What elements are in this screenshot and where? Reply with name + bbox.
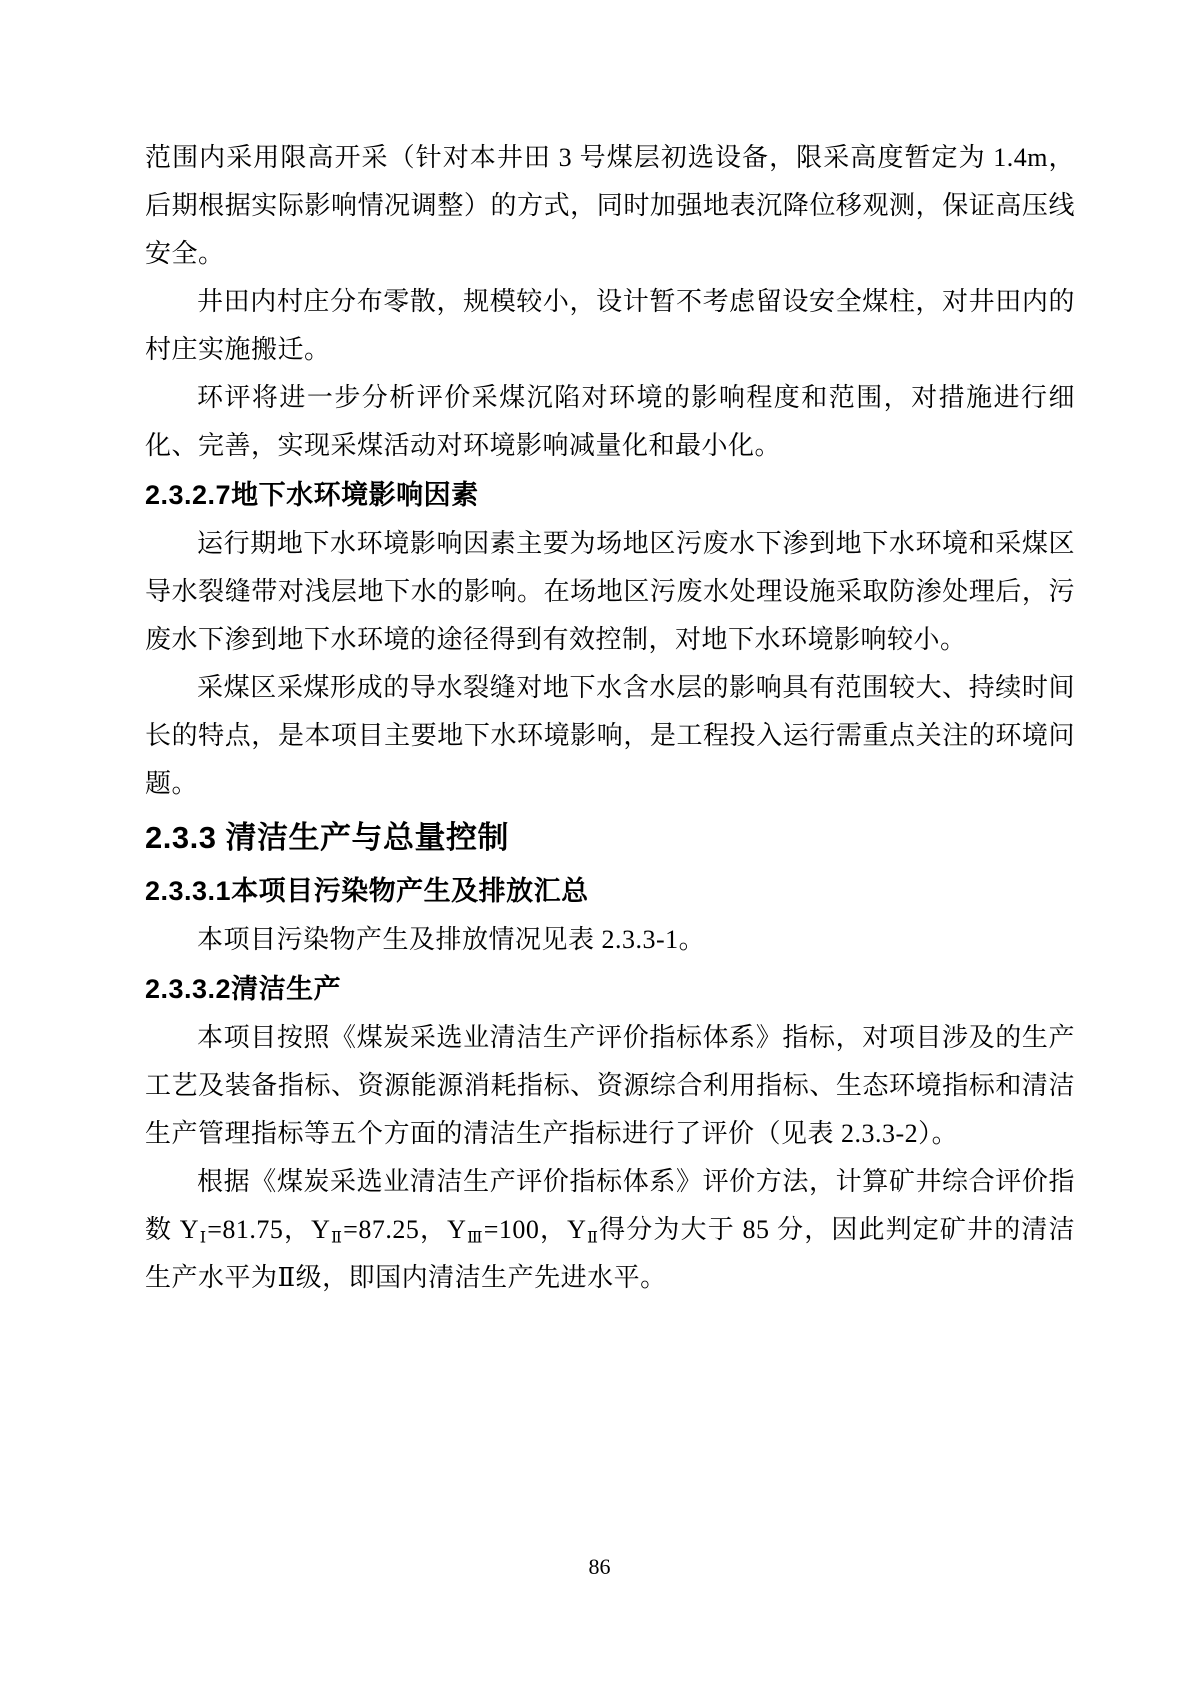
subscript-roman-two: Ⅱ (586, 1230, 599, 1247)
result-segment: =100，Y (484, 1215, 587, 1244)
heading-2-3-3-2-cleaner-production: 2.3.3.2清洁生产 (145, 964, 1075, 1014)
paragraph-water-conducting-fracture: 采煤区采煤形成的导水裂缝对地下水含水层的影响具有范围较大、持续时间长的特点，是本… (145, 664, 1075, 808)
paragraph-evaluation-result: 根据《煤炭采选业清洁生产评价指标体系》评价方法，计算矿井综合评价指数 YⅠ=81… (145, 1158, 1075, 1302)
paragraph-cleaner-production-evaluation: 本项目按照《煤炭采选业清洁生产评价指标体系》指标，对项目涉及的生产工艺及装备指标… (145, 1014, 1075, 1158)
heading-2-3-3-1-pollutant-summary: 2.3.3.1本项目污染物产生及排放汇总 (145, 866, 1075, 916)
heading-2-3-3-cleaner-production-total-control: 2.3.3 清洁生产与总量控制 (145, 810, 1075, 866)
result-segment: =81.75，Y (207, 1215, 330, 1244)
result-segment: =87.25，Y (343, 1215, 466, 1244)
heading-2-3-2-7-groundwater-impact-factors: 2.3.2.7地下水环境影响因素 (145, 470, 1075, 520)
paragraph-pollutant-table-reference: 本项目污染物产生及排放情况见表 2.3.3-1。 (145, 916, 1075, 964)
subscript-roman-two: Ⅱ (330, 1230, 343, 1247)
paragraph-village-relocation: 井田内村庄分布零散，规模较小，设计暂不考虑留设安全煤柱，对井田内的村庄实施搬迁。 (145, 278, 1075, 374)
paragraph-groundwater-operation-period: 运行期地下水环境影响因素主要为场地区污废水下渗到地下水环境和采煤区导水裂缝带对浅… (145, 520, 1075, 664)
document-page: 范围内采用限高开采（针对本井田 3 号煤层初选设备，限采高度暂定为 1.4m，后… (0, 0, 1199, 1696)
subscript-roman-three: Ⅲ (466, 1230, 483, 1247)
document-content: 范围内采用限高开采（针对本井田 3 号煤层初选设备，限采高度暂定为 1.4m，后… (145, 134, 1075, 1302)
page-number: 86 (0, 1554, 1199, 1580)
paragraph-height-limited-mining: 范围内采用限高开采（针对本井田 3 号煤层初选设备，限采高度暂定为 1.4m，后… (145, 134, 1075, 278)
subscript-roman-one: Ⅰ (199, 1230, 207, 1247)
paragraph-eia-subsidence-measures: 环评将进一步分析评价采煤沉陷对环境的影响程度和范围，对措施进行细化、完善，实现采… (145, 374, 1075, 470)
